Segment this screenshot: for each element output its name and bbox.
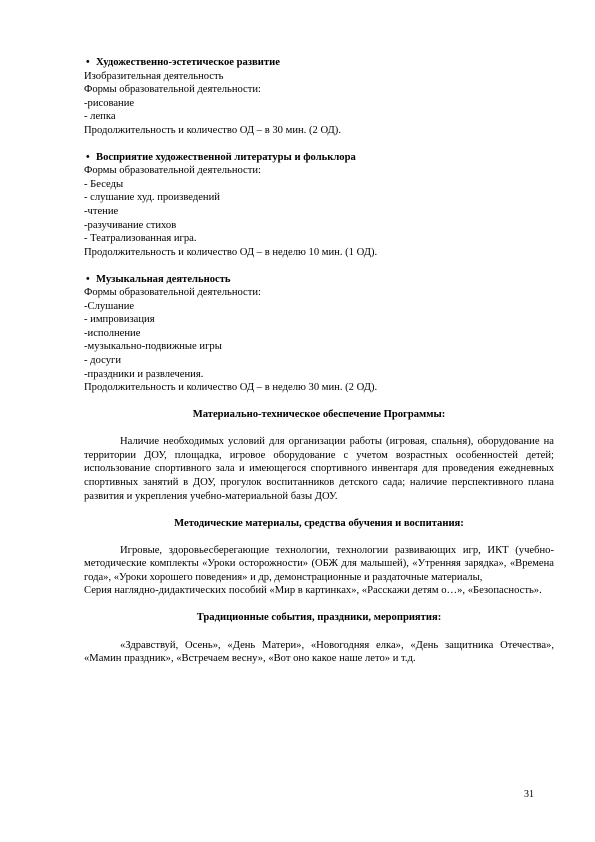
- traditions-paragraph: «Здравствуй, Осень», «День Матери», «Нов…: [84, 639, 554, 666]
- list-item: -праздники и развлечения.: [84, 368, 554, 382]
- list-item: -чтение: [84, 205, 554, 219]
- section-music: •Музыкальная деятельность Формы образова…: [84, 273, 554, 395]
- list-item: - Театрализованная игра.: [84, 232, 554, 246]
- page-number: 31: [524, 789, 534, 800]
- duration-line: Продолжительность и количество ОД – в не…: [84, 246, 554, 260]
- list-item: - Беседы: [84, 178, 554, 192]
- material-paragraph: Наличие необходимых условий для организа…: [84, 435, 554, 503]
- list-item: -разучивание стихов: [84, 219, 554, 233]
- bullet-icon: •: [86, 273, 96, 287]
- list-item: - импровизация: [84, 313, 554, 327]
- duration-line: Продолжительность и количество ОД – в не…: [84, 381, 554, 395]
- methodical-paragraph-2: Серия наглядно-дидактических пособий «Ми…: [84, 584, 554, 598]
- list-item: Формы образовательной деятельности:: [84, 164, 554, 178]
- traditions-heading: Традиционные события, праздники, меропри…: [84, 611, 554, 625]
- bullet-icon: •: [86, 56, 96, 70]
- section-heading: •Восприятие художественной литературы и …: [84, 151, 554, 165]
- list-item: -исполнение: [84, 327, 554, 341]
- section-art: •Художественно-эстетическое развитие Изо…: [84, 56, 554, 137]
- section-literature: •Восприятие художественной литературы и …: [84, 151, 554, 259]
- duration-line: Продолжительность и количество ОД – в 30…: [84, 124, 554, 138]
- material-heading: Материально-техническое обеспечение Прог…: [84, 408, 554, 422]
- section-heading: •Музыкальная деятельность: [84, 273, 554, 287]
- list-item: -рисование: [84, 97, 554, 111]
- list-item: Формы образовательной деятельности:: [84, 83, 554, 97]
- list-item: -Слушание: [84, 300, 554, 314]
- list-item: - слушание худ. произведений: [84, 191, 554, 205]
- list-item: - досуги: [84, 354, 554, 368]
- methodical-paragraph: Игровые, здоровьесберегающие технологии,…: [84, 544, 554, 585]
- methodical-heading: Методические материалы, средства обучени…: [84, 517, 554, 531]
- document-page: •Художественно-эстетическое развитие Изо…: [84, 56, 554, 666]
- list-item: Изобразительная деятельность: [84, 70, 554, 84]
- section-heading: •Художественно-эстетическое развитие: [84, 56, 554, 70]
- bullet-icon: •: [86, 151, 96, 165]
- list-item: -музыкально-подвижные игры: [84, 340, 554, 354]
- list-item: - лепка: [84, 110, 554, 124]
- list-item: Формы образовательной деятельности:: [84, 286, 554, 300]
